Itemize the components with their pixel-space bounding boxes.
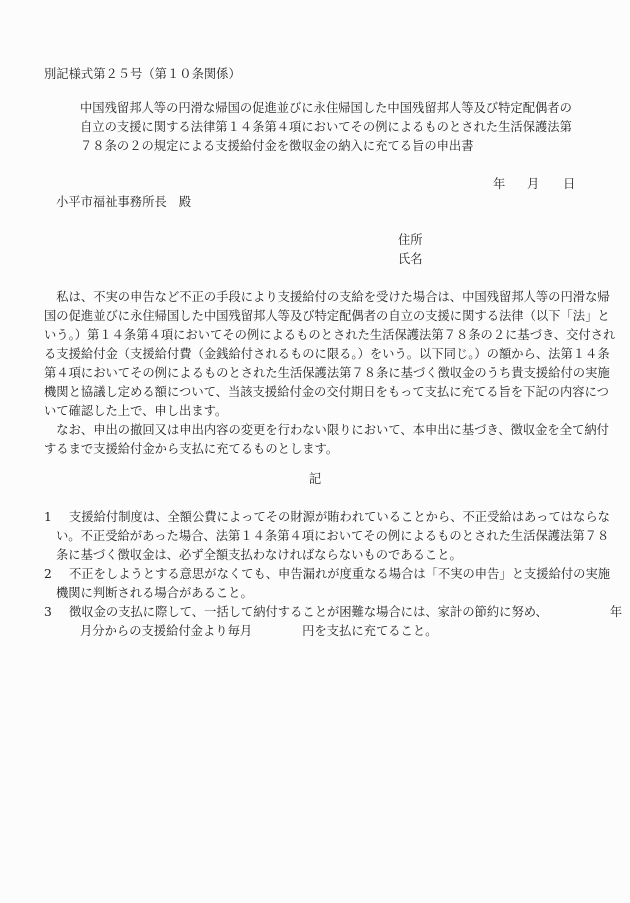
item-3-continuation: 月分からの支援給付金より毎月円を支払に充てること。 — [44, 622, 604, 641]
title-line: ７８条の２の規定による支援給付金を徴収金の納入に充てる旨の申出書 — [80, 137, 572, 156]
item-3-month-text: 月分からの支援給付金より毎月 — [80, 624, 252, 638]
body-line: 私は、不実の申告など不正の手段により支援給付の支給を受けた場合は、中国残留邦人等… — [44, 288, 592, 307]
body-line: いて確認した上で、申し出ます。 — [44, 402, 592, 421]
date-year-label: 年 — [493, 175, 505, 194]
item-3-year-label: 年 — [610, 605, 622, 619]
item-number: 3 — [44, 603, 69, 622]
item-text: 支援給付制度は、全額公費によってその財源が賄われていることから、不正受給はあって… — [69, 510, 610, 524]
title-line: 中国残留邦人等の円滑な帰国の促進並びに永住帰国した中国残留邦人等及び特定配偶者の — [80, 99, 572, 118]
sender-block: 住所 氏名 — [398, 231, 423, 269]
body-paragraph: 私は、不実の申告など不正の手段により支援給付の支給を受けた場合は、中国残留邦人等… — [44, 288, 592, 459]
sender-name-label: 氏名 — [398, 250, 423, 269]
form-number: 別記様式第２５号（第１０条関係） — [44, 65, 241, 84]
item-3-yen-text: 円を支払に充てること。 — [302, 624, 437, 638]
body-line: いう。）第１４条第４項においてその例によるものとされた生活保護法第７８条の２に基… — [44, 326, 592, 345]
addressee-office: 小平市福祉事務所長 — [56, 195, 167, 209]
item-text: 不正をしようとする意思がなくても、申告漏れが度重なる場合は「不実の申告」と支援給… — [69, 567, 610, 581]
item-number: 2 — [44, 565, 69, 584]
body-line: するまで支援給付金から支払に充てるものとします。 — [44, 440, 592, 459]
item-1-continuation: 条に基づく徴収金は、必ず全額支払わなければならないものであること。 — [44, 546, 604, 565]
date-day-label: 日 — [563, 175, 575, 194]
sender-address-label: 住所 — [398, 231, 423, 250]
item-1-continuation: い。不正受給があった場合、法第１４条第４項においてその例によるものとされた生活保… — [44, 527, 604, 546]
item-number: 1 — [44, 508, 69, 527]
body-line: 第４項においてその例によるものとされた生活保護法第７８条に基づく徴収金のうち貴支… — [44, 364, 592, 383]
document-title: 中国残留邦人等の円滑な帰国の促進並びに永住帰国した中国残留邦人等及び特定配偶者の… — [80, 99, 572, 156]
addressee-honorific: 殿 — [179, 195, 191, 209]
items-list: 1支援給付制度は、全額公費によってその財源が賄われていることから、不正受給はあっ… — [44, 508, 604, 641]
body-line: なお、申出の撤回又は申出内容の変更を行わない限りにおいて、本申出に基づき、徴収金… — [44, 421, 592, 440]
center-mark-ki: 記 — [0, 470, 630, 489]
item-2-continuation: 機関に判断される場合があること。 — [44, 584, 604, 603]
body-line: 機関と協議し定める額について、当該支援給付金の交付期日をもって支払に充てる旨を下… — [44, 383, 592, 402]
item-3: 3徴収金の支払に際して、一括して納付することが困難な場合には、家計の節約に努め、… — [44, 603, 604, 622]
body-line: る支援給付金（支援給付費（金銭給付されるものに限る。）をいう。以下同じ。）の額か… — [44, 345, 592, 364]
title-line: 自立の支援に関する法律第１４条第４項においてその例によるものとされた生活保護法第 — [80, 118, 572, 137]
item-text: 徴収金の支払に際して、一括して納付することが困難な場合には、家計の節約に努め、 — [69, 605, 548, 619]
body-line: 国の促進並びに永住帰国した中国残留邦人等及び特定配偶者の自立の支援に関する法律（… — [44, 307, 592, 326]
item-1: 1支援給付制度は、全額公費によってその財源が賄われていることから、不正受給はあっ… — [44, 508, 604, 527]
item-2: 2不正をしようとする意思がなくても、申告漏れが度重なる場合は「不実の申告」と支援… — [44, 565, 604, 584]
addressee: 小平市福祉事務所長殿 — [56, 193, 191, 212]
date-month-label: 月 — [527, 175, 539, 194]
